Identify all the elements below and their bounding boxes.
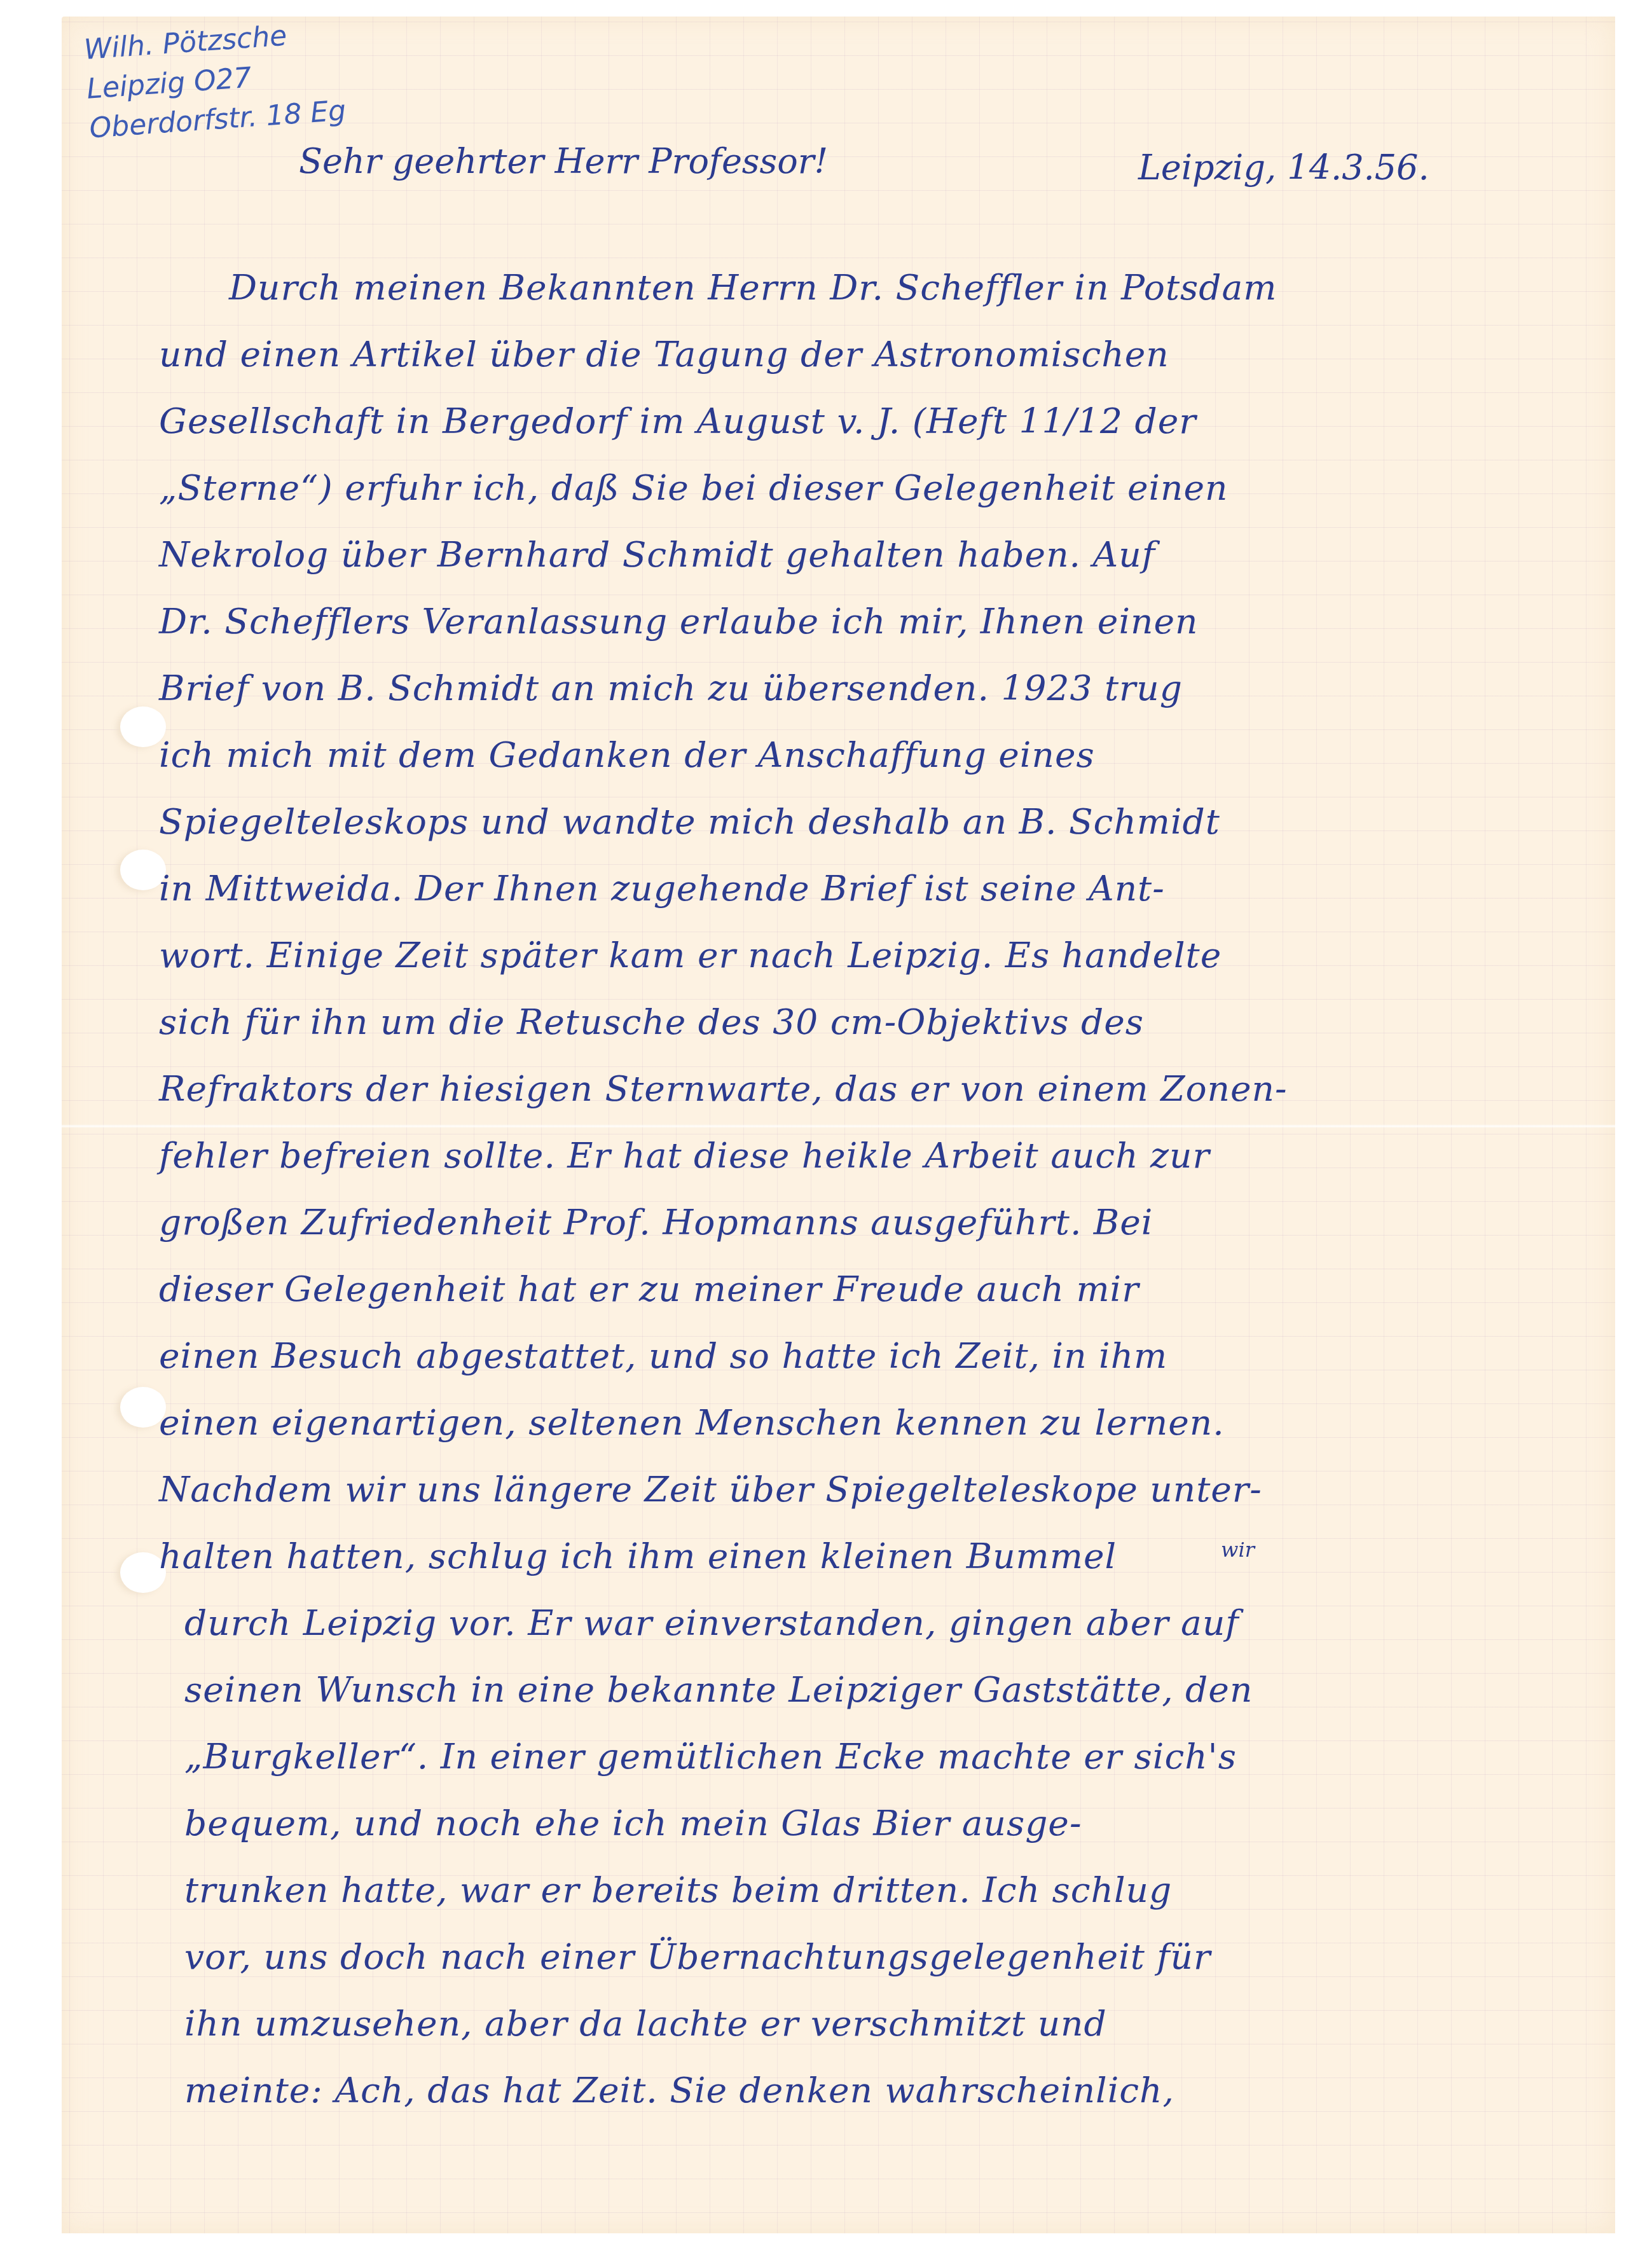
- letter-body: Durch meinen Bekannten Herrn Dr. Scheffl…: [159, 254, 1494, 2124]
- body-line: Dr. Schefflers Veranlassung erlaube ich …: [159, 588, 1494, 655]
- sender-address-block: Wilh. Pötzsche Leipzig O27 Oberdorfstr. …: [83, 13, 347, 149]
- body-line: seinen Wunsch in eine bekannte Leipziger…: [159, 1657, 1494, 1723]
- body-line: ihn umzusehen, aber da lachte er verschm…: [159, 1990, 1494, 2057]
- body-line: vor, uns doch nach einer Übernachtungsge…: [159, 1924, 1494, 1990]
- body-line: Refraktors der hiesigen Sternwarte, das …: [159, 1056, 1494, 1122]
- body-line: Brief von B. Schmidt an mich zu übersend…: [159, 655, 1494, 722]
- body-line: Spiegelteleskops und wandte mich deshalb…: [159, 789, 1494, 855]
- body-line: einen eigenartigen, seltenen Menschen ke…: [159, 1389, 1494, 1456]
- place-date: Leipzig, 14.3.56.: [1138, 148, 1429, 188]
- body-line: bequem, und noch ehe ich mein Glas Bier …: [159, 1790, 1494, 1857]
- body-line: wort. Einige Zeit später kam er nach Lei…: [159, 922, 1494, 989]
- body-line: Nachdem wir uns längere Zeit über Spiege…: [159, 1456, 1494, 1523]
- body-line: sich für ihn um die Retusche des 30 cm-O…: [159, 989, 1494, 1056]
- body-line: großen Zufriedenheit Prof. Hopmanns ausg…: [159, 1189, 1494, 1256]
- body-line: „Sterne“) erfuhr ich, daß Sie bei dieser…: [159, 455, 1494, 521]
- body-line: einen Besuch abgestattet, und so hatte i…: [159, 1323, 1494, 1389]
- body-line: und einen Artikel über die Tagung der As…: [159, 321, 1494, 388]
- body-line: Durch meinen Bekannten Herrn Dr. Scheffl…: [159, 254, 1494, 321]
- body-line: dieser Gelegenheit hat er zu meiner Freu…: [159, 1256, 1494, 1323]
- body-line: Nekrolog über Bernhard Schmidt gehalten …: [159, 521, 1494, 588]
- body-line: in Mittweida. Der Ihnen zugehende Brief …: [159, 855, 1494, 922]
- body-line: meinte: Ach, das hat Zeit. Sie denken wa…: [159, 2057, 1494, 2124]
- salutation: Sehr geehrter Herr Professor!: [299, 141, 828, 181]
- body-line: durch Leipzig vor. Er war einverstanden,…: [159, 1590, 1494, 1657]
- body-line: Gesellschaft in Bergedorf im August v. J…: [159, 388, 1494, 455]
- body-line: ich mich mit dem Gedanken der Anschaffun…: [159, 722, 1494, 789]
- body-line: halten hatten, schlug ich ihm einen klei…: [159, 1523, 1494, 1590]
- body-line: trunken hatte, war er bereits beim dritt…: [159, 1857, 1494, 1924]
- body-line: „Burgkeller“. In einer gemütlichen Ecke …: [159, 1723, 1494, 1790]
- body-line: fehler befreien sollte. Er hat diese hei…: [159, 1122, 1494, 1189]
